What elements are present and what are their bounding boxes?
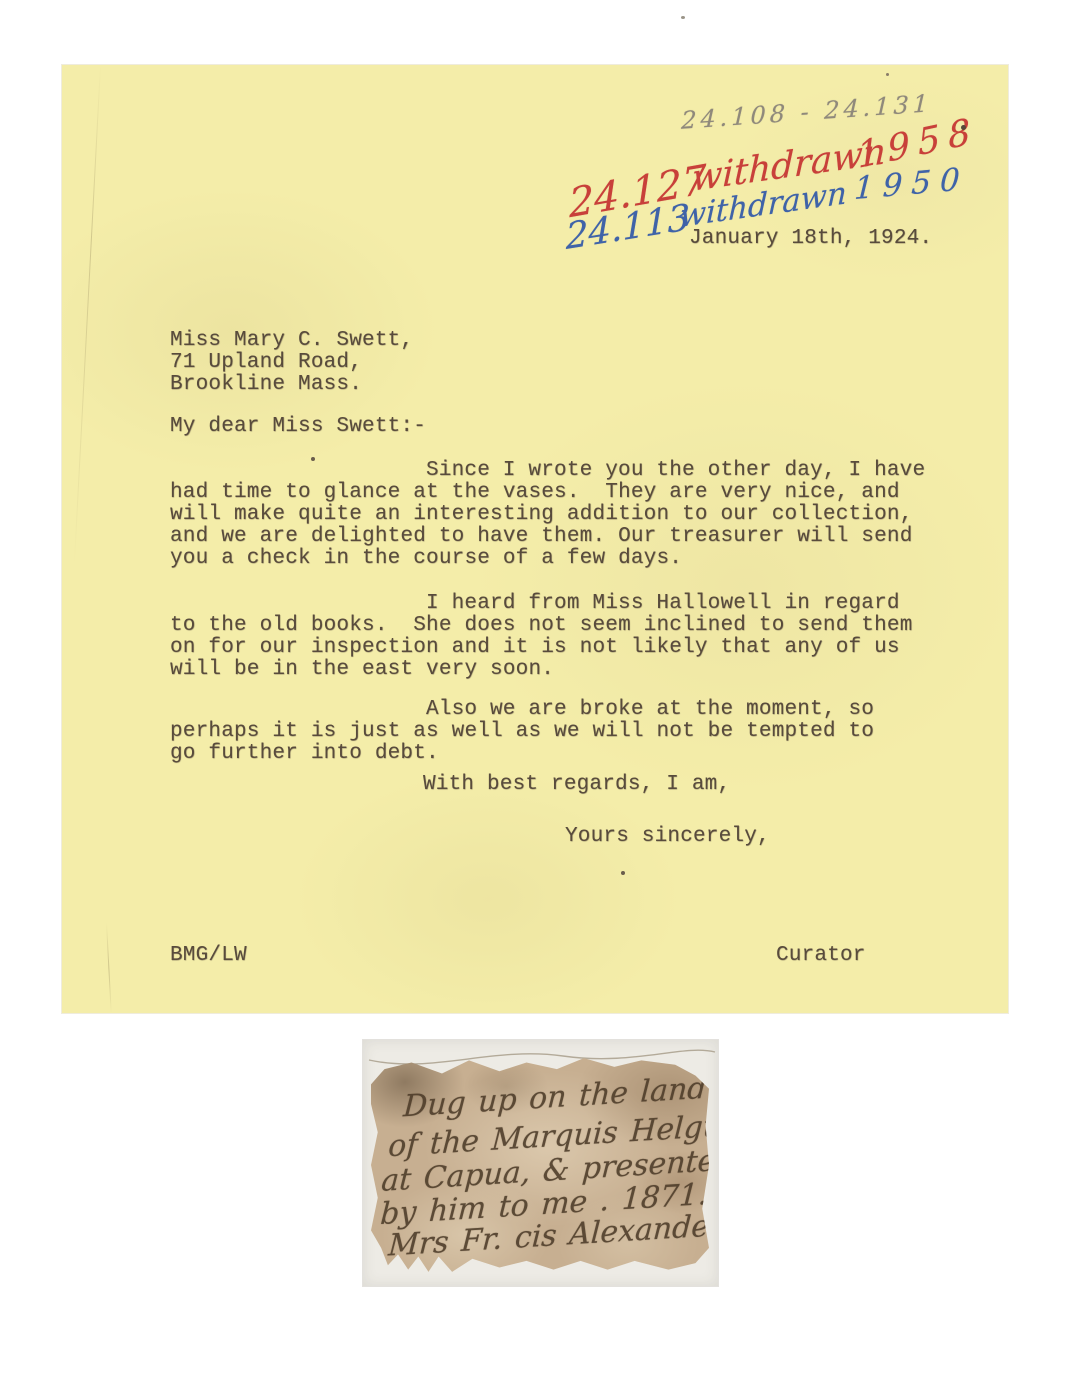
- recipient-name: Miss Mary C. Swett,: [170, 330, 413, 352]
- salutation: My dear Miss Swett:-: [170, 416, 426, 438]
- letter-paper: 24.108 - 24.131 24.127 withdrawn 1958 24…: [62, 65, 1008, 1013]
- paragraph-1: Since I wrote you the other day, I have …: [170, 460, 980, 570]
- paragraph-2: I heard from Miss Hallowell in regard to…: [170, 593, 980, 681]
- date-line: January 18th, 1924.: [689, 228, 932, 250]
- paper-speck: [886, 73, 889, 76]
- note-card-photo: Dug up on the land of the Marquis Helgue…: [363, 1040, 718, 1286]
- signature-title-curator: Curator: [776, 945, 866, 967]
- paper-crease: [106, 923, 112, 1013]
- paper-speck: [621, 871, 625, 875]
- paper-crease: [74, 65, 101, 564]
- typist-initials: BMG/LW: [170, 945, 247, 967]
- document-scan: 24.108 - 24.131 24.127 withdrawn 1958 24…: [0, 0, 1071, 1386]
- closing-sincerely: Yours sincerely,: [565, 826, 770, 848]
- torn-note-paper: Dug up on the land of the Marquis Helgue…: [371, 1056, 709, 1274]
- paragraph-3: Also we are broke at the moment, so perh…: [170, 699, 980, 765]
- recipient-city: Brookline Mass.: [170, 374, 362, 396]
- closing-regards: With best regards, I am,: [423, 774, 730, 796]
- recipient-street: 71 Upland Road,: [170, 352, 362, 374]
- scan-speck: [681, 16, 685, 19]
